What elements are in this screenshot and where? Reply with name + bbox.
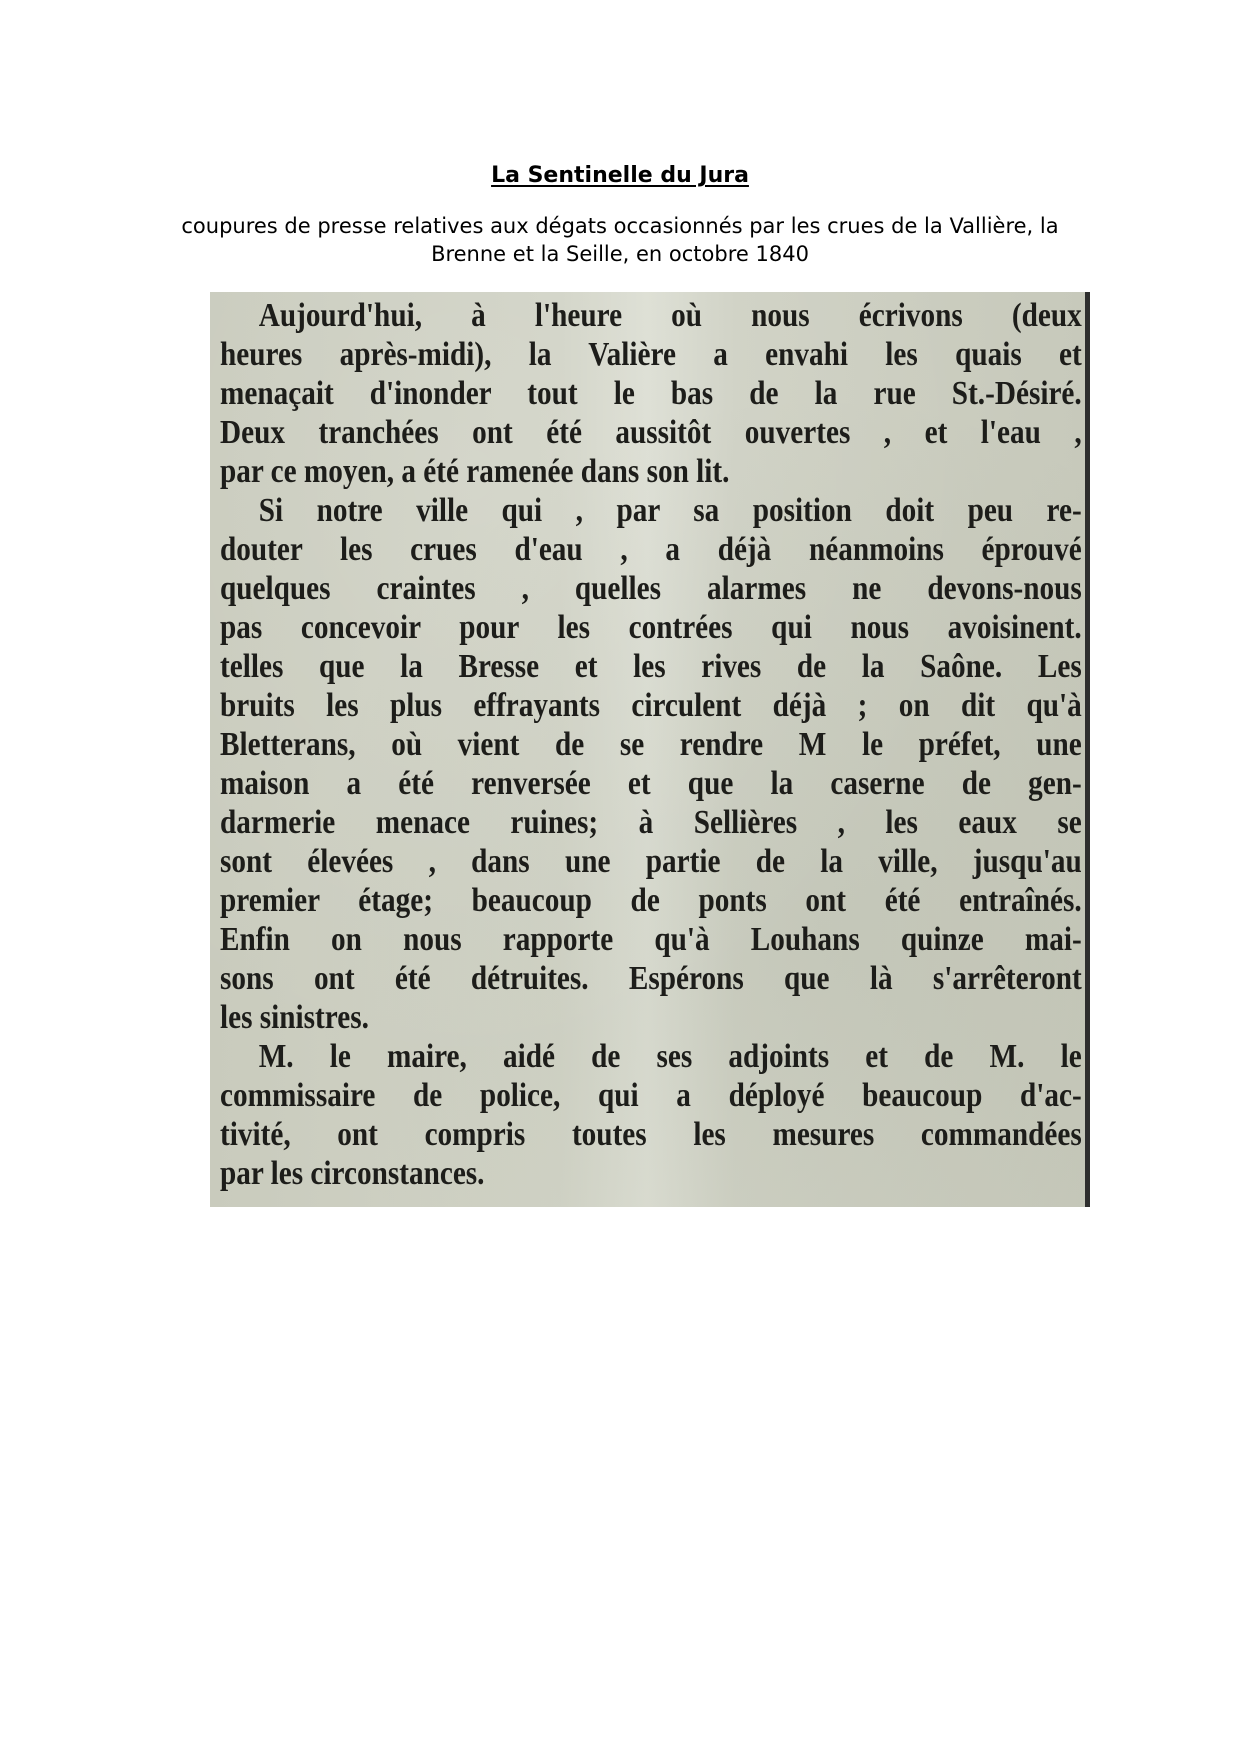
- clipping-line: par ce moyen, a été ramenée dans son lit…: [220, 452, 1082, 491]
- clipping-line: darmerie menace ruines; à Sellières , le…: [220, 803, 1082, 842]
- clipping-line: pas concevoir pour les contrées qui nous…: [220, 608, 1082, 647]
- subtitle-line-1: coupures de presse relatives aux dégats …: [140, 212, 1100, 240]
- clipping-line: sons ont été détruites. Espérons que là …: [220, 959, 1082, 998]
- clipping-line: Si notre ville qui , par sa position doi…: [220, 491, 1082, 530]
- clipping-line: Deux tranchées ont été aussitôt ouvertes…: [220, 413, 1082, 452]
- clipping-line: commissaire de police, qui a déployé bea…: [220, 1076, 1082, 1115]
- clipping-line: heures après-midi), la Valière a envahi …: [220, 335, 1082, 374]
- clipping-line: menaçait d'inonder tout le bas de la rue…: [220, 374, 1082, 413]
- newspaper-clipping-image: Aujourd'hui, à l'heure où nous écrivons …: [210, 292, 1090, 1207]
- clipping-line: premier étage; beaucoup de ponts ont été…: [220, 881, 1082, 920]
- clipping-line: Enfin on nous rapporte qu'à Louhans quin…: [220, 920, 1082, 959]
- page-title: La Sentinelle du Jura: [0, 163, 1240, 188]
- clipping-line: douter les crues d'eau , a déjà néanmoin…: [220, 530, 1082, 569]
- clipping-line: bruits les plus effrayants circulent déj…: [220, 686, 1082, 725]
- clipping-line: sont élevées , dans une partie de la vil…: [220, 842, 1082, 881]
- clipping-line: M. le maire, aidé de ses adjoints et de …: [220, 1037, 1082, 1076]
- subtitle-line-2: Brenne et la Seille, en octobre 1840: [140, 240, 1100, 268]
- clipping-line: maison a été renversée et que la caserne…: [220, 764, 1082, 803]
- clipping-paragraph-1: Aujourd'hui, à l'heure où nous écrivons …: [220, 296, 1082, 491]
- clipping-line: par les circonstances.: [220, 1154, 1082, 1193]
- clipping-paragraph-2: Si notre ville qui , par sa position doi…: [220, 491, 1082, 1037]
- clipping-line: les sinistres.: [220, 998, 1082, 1037]
- clipping-text: Aujourd'hui, à l'heure où nous écrivons …: [220, 296, 1082, 1193]
- newspaper-name: La Sentinelle du Jura: [491, 163, 749, 188]
- clipping-line: tivité, ont compris toutes les mesures c…: [220, 1115, 1082, 1154]
- clipping-line: Aujourd'hui, à l'heure où nous écrivons …: [220, 296, 1082, 335]
- clipping-line: quelques craintes , quelles alarmes ne d…: [220, 569, 1082, 608]
- clipping-line: Bletterans, où vient de se rendre M le p…: [220, 725, 1082, 764]
- clipping-paragraph-3: M. le maire, aidé de ses adjoints et de …: [220, 1037, 1082, 1193]
- clipping-line: telles que la Bresse et les rives de la …: [220, 647, 1082, 686]
- document-subtitle: coupures de presse relatives aux dégats …: [140, 212, 1100, 268]
